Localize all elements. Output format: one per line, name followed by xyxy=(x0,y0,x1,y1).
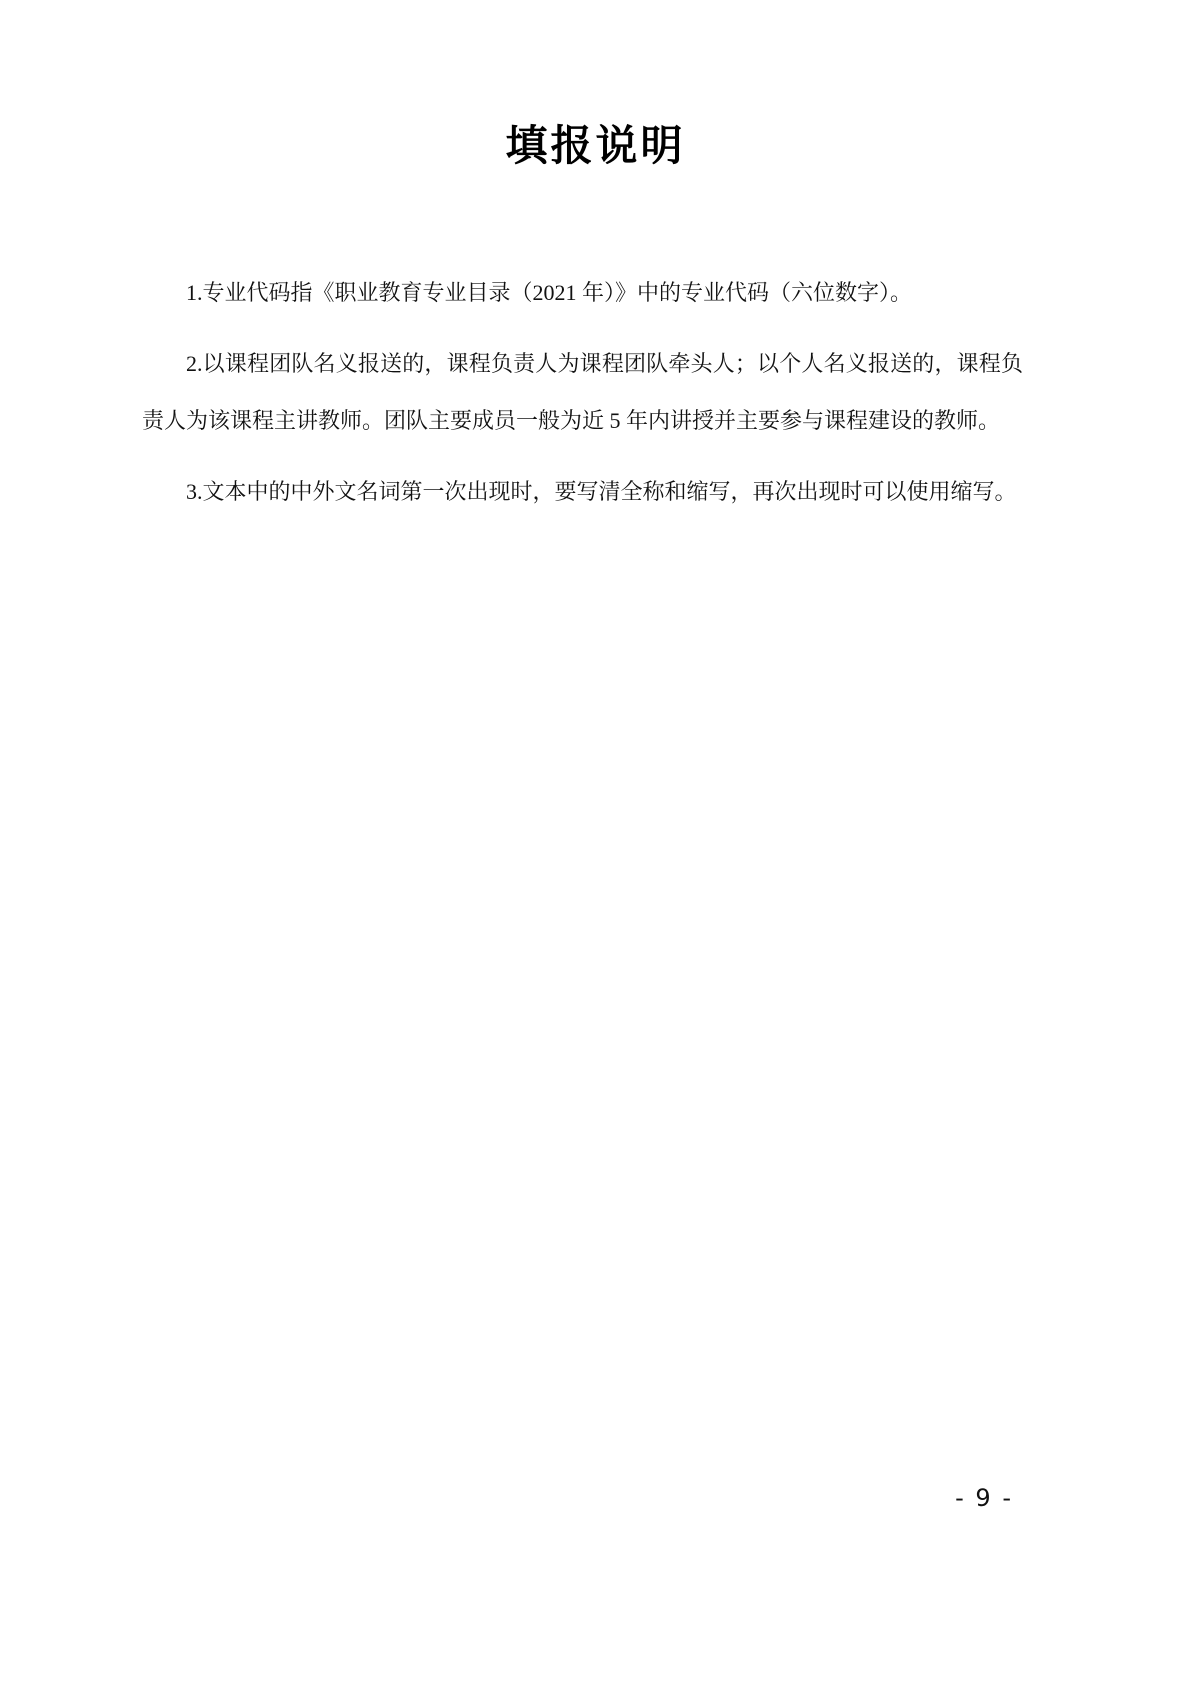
instruction-paragraph-1: 1.专业代码指《职业教育专业目录（2021 年）》中的专业代码（六位数字）。 xyxy=(142,264,1023,321)
page-number: - 9 - xyxy=(955,1484,1013,1512)
document-body: 1.专业代码指《职业教育专业目录（2021 年）》中的专业代码（六位数字）。 2… xyxy=(0,264,1191,520)
page-title: 填报说明 xyxy=(0,0,1191,172)
document-page: 填报说明 1.专业代码指《职业教育专业目录（2021 年）》中的专业代码（六位数… xyxy=(0,0,1191,1684)
instruction-paragraph-3: 3.文本中的中外文名词第一次出现时，要写清全称和缩写，再次出现时可以使用缩写。 xyxy=(142,463,1023,520)
instruction-paragraph-2: 2.以课程团队名义报送的，课程负责人为课程团队牵头人；以个人名义报送的，课程负责… xyxy=(142,335,1023,449)
